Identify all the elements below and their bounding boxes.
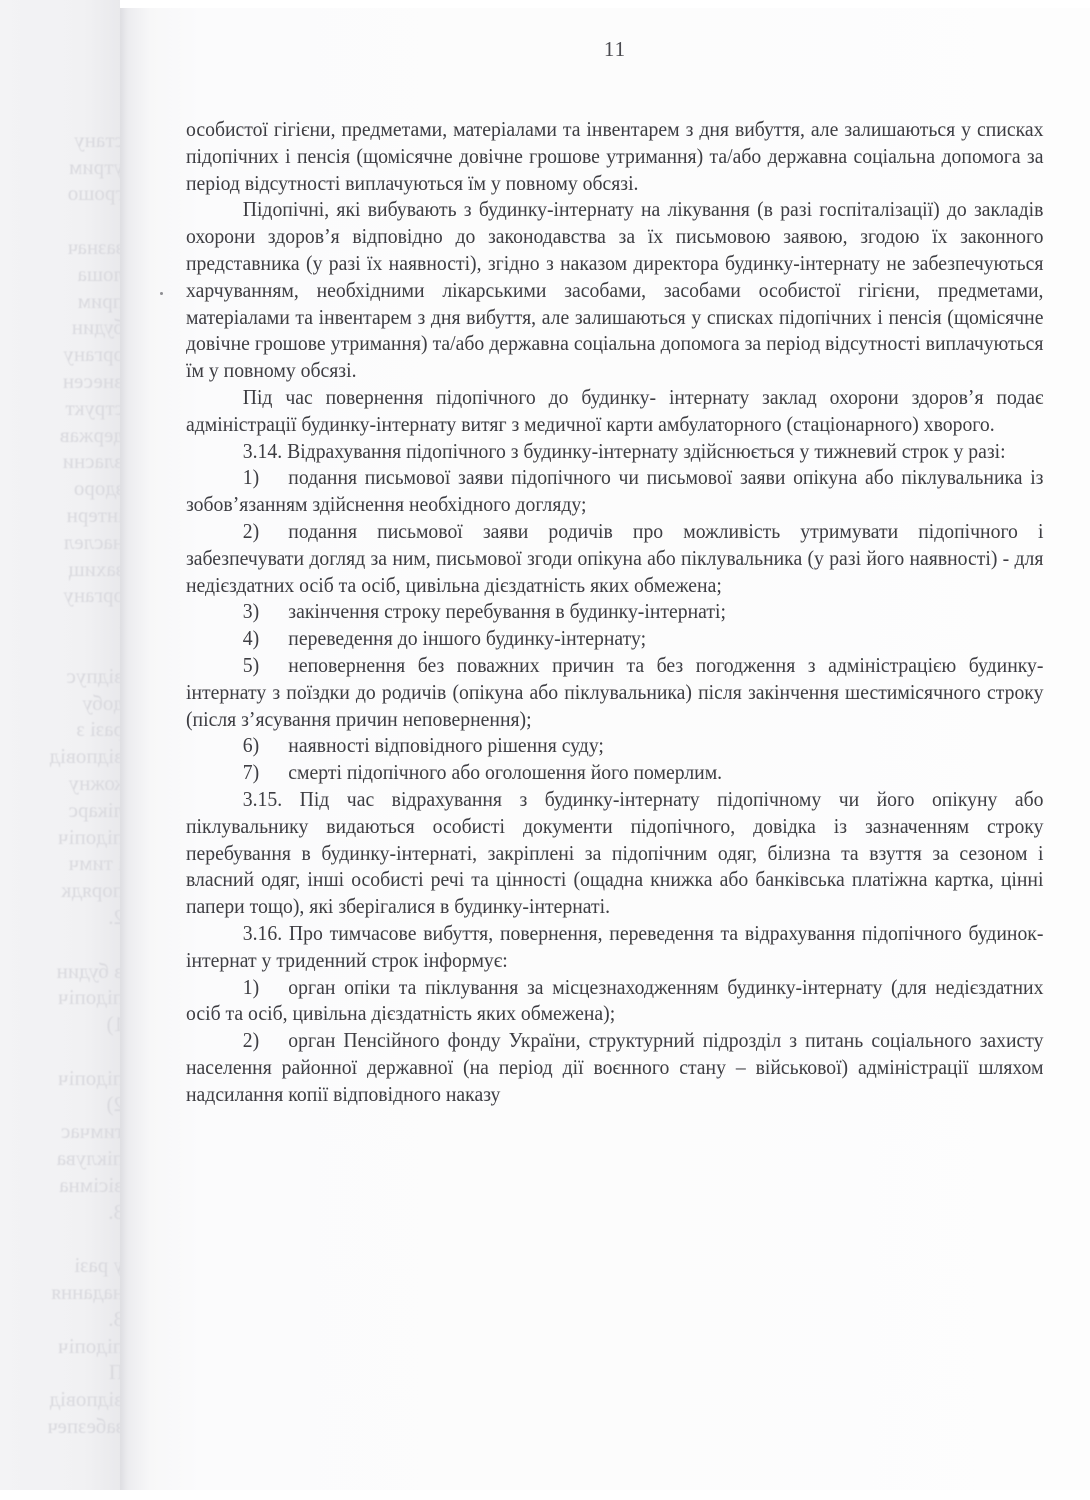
document-body: особистої гігієни, предметами, матеріала… xyxy=(186,116,1043,1107)
list-number: 6) xyxy=(243,732,289,759)
clause-3-14-item-4: 4)переведення до іншого будинку-інтернат… xyxy=(186,625,1043,652)
bleed-through-text: стану утрим грошо зазнач лоша прим будин… xyxy=(0,100,120,1440)
list-number: 2) xyxy=(243,1027,289,1054)
paragraph-return: Під час повернення підопічного до будинк… xyxy=(186,384,1043,438)
clause-3-14-item-7: 7)смерті підопічного або оголошення його… xyxy=(186,759,1043,786)
clause-3-14-item-6: 6)наявності відповідного рішення суду; xyxy=(186,732,1043,759)
list-text: закінчення строку перебування в будинку-… xyxy=(288,599,726,623)
list-text: неповернення без поважних причин та без … xyxy=(186,653,1043,731)
list-text: орган Пенсійного фонду України, структур… xyxy=(186,1028,1043,1106)
document-page: 11 особистої гігієни, предметами, матері… xyxy=(120,8,1090,1490)
list-number: 1) xyxy=(243,464,289,491)
clause-3-15: 3.15. Під час відрахування з будинку-інт… xyxy=(186,786,1043,920)
clause-3-16: 3.16. Про тимчасове вибуття, повернення,… xyxy=(186,920,1043,974)
clause-3-14-item-3: 3)закінчення строку перебування в будинк… xyxy=(186,598,1043,625)
list-number: 1) xyxy=(243,974,289,1001)
clause-3-14: 3.14. Відрахування підопічного з будинку… xyxy=(186,438,1043,465)
list-text: подання письмової заяви родичів про можл… xyxy=(186,519,1043,597)
list-text: смерті підопічного або оголошення його п… xyxy=(288,760,722,784)
list-text: переведення до іншого будинку-інтернату; xyxy=(288,626,646,650)
list-text: орган опіки та піклування за місцезнаход… xyxy=(186,975,1043,1026)
list-number: 7) xyxy=(243,759,289,786)
list-text: наявності відповідного рішення суду; xyxy=(288,733,604,757)
paragraph-hospitalization: Підопічні, які вибувають з будинку-інтер… xyxy=(186,196,1043,384)
clause-3-14-item-1: 1)подання письмової заяви підопічного чи… xyxy=(186,464,1043,518)
clause-3-16-item-2: 2)орган Пенсійного фонду України, структ… xyxy=(186,1027,1043,1107)
list-number: 4) xyxy=(243,625,289,652)
clause-3-14-item-5: 5)неповернення без поважних причин та бе… xyxy=(186,652,1043,732)
paragraph-continuation: особистої гігієни, предметами, матеріала… xyxy=(186,116,1043,196)
page-number: 11 xyxy=(120,37,1090,62)
clause-3-16-item-1: 1)орган опіки та піклування за місцезнах… xyxy=(186,974,1043,1028)
facing-page-gutter: стану утрим грошо зазнач лоша прим будин… xyxy=(0,0,120,1490)
list-number: 3) xyxy=(243,598,289,625)
scan-speck xyxy=(160,292,163,295)
list-text: подання письмової заяви підопічного чи п… xyxy=(186,465,1043,516)
clause-3-14-item-2: 2)подання письмової заяви родичів про мо… xyxy=(186,518,1043,598)
list-number: 2) xyxy=(243,518,289,545)
list-number: 5) xyxy=(243,652,289,679)
